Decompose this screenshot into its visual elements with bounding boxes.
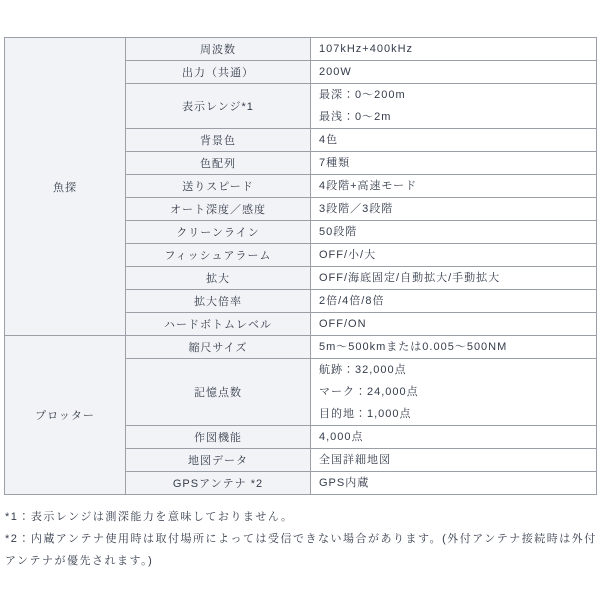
footnotes: *1：表示レンジは測深能力を意味しておりません。 *2：内蔵アンテナ使用時は取付…: [5, 506, 597, 572]
spec-value-line: 目的地：1,000点: [319, 403, 588, 425]
spec-value-line: 5m～500kmまたは0.005～500NM: [319, 336, 588, 358]
spec-value-line: 200W: [319, 61, 588, 83]
spec-value-line: 全国詳細地図: [319, 449, 588, 471]
spec-value-line: OFF/小/大: [319, 244, 588, 266]
spec-name-cell: フィッシュアラーム: [126, 244, 311, 267]
spec-value-cell: 航跡：32,000点マーク：24,000点目的地：1,000点: [311, 359, 597, 426]
spec-name-cell: 作図機能: [126, 426, 311, 449]
footnote-2: *2：内蔵アンテナ使用時は取付場所によっては受信できない場合があります。(外付ア…: [5, 528, 597, 572]
spec-value-cell: 7種類: [311, 152, 597, 175]
spec-value-cell: 5m～500kmまたは0.005～500NM: [311, 336, 597, 359]
spec-name-cell: 色配列: [126, 152, 311, 175]
spec-value-line: 50段階: [319, 221, 588, 243]
category-cell: 魚探: [5, 38, 126, 336]
spec-value-cell: OFF/海底固定/自動拡大/手動拡大: [311, 267, 597, 290]
spec-name-cell: 記憶点数: [126, 359, 311, 426]
spec-value-cell: 4色: [311, 129, 597, 152]
spec-value-cell: 4段階+高速モード: [311, 175, 597, 198]
spec-value-cell: 3段階／3段階: [311, 198, 597, 221]
table-row: プロッター縮尺サイズ5m～500kmまたは0.005～500NM: [5, 336, 597, 359]
spec-name-cell: 背景色: [126, 129, 311, 152]
spec-name-cell: 拡大: [126, 267, 311, 290]
spec-value-line: マーク：24,000点: [319, 381, 588, 403]
spec-value-line: 3段階／3段階: [319, 198, 588, 220]
spec-value-cell: 最深：0～200m最浅：0～2m: [311, 84, 597, 129]
spec-value-line: 4段階+高速モード: [319, 175, 588, 197]
spec-name-cell: 縮尺サイズ: [126, 336, 311, 359]
spec-value-cell: 107kHz+400kHz: [311, 38, 597, 61]
spec-name-cell: クリーンライン: [126, 221, 311, 244]
spec-value-line: GPS内蔵: [319, 472, 588, 494]
spec-name-cell: GPSアンテナ *2: [126, 472, 311, 495]
spec-value-line: 4,000点: [319, 426, 588, 448]
spec-value-line: 航跡：32,000点: [319, 359, 588, 381]
spec-value-cell: OFF/ON: [311, 313, 597, 336]
spec-value-cell: 200W: [311, 61, 597, 84]
spec-value-line: 最深：0～200m: [319, 84, 588, 106]
spec-value-cell: 2倍/4倍/8倍: [311, 290, 597, 313]
footnote-1: *1：表示レンジは測深能力を意味しておりません。: [5, 506, 597, 528]
spec-value-line: 107kHz+400kHz: [319, 38, 588, 60]
spec-name-cell: オート深度／感度: [126, 198, 311, 221]
spec-page: 魚探周波数107kHz+400kHz出力（共通）200W表示レンジ*1最深：0～…: [0, 0, 600, 600]
spec-table: 魚探周波数107kHz+400kHz出力（共通）200W表示レンジ*1最深：0～…: [4, 37, 597, 495]
category-cell: プロッター: [5, 336, 126, 495]
spec-name-cell: ハードボトムレベル: [126, 313, 311, 336]
spec-name-cell: 送りスピード: [126, 175, 311, 198]
spec-name-cell: 地図データ: [126, 449, 311, 472]
spec-value-line: 2倍/4倍/8倍: [319, 290, 588, 312]
spec-value-line: OFF/海底固定/自動拡大/手動拡大: [319, 267, 588, 289]
spec-value-cell: OFF/小/大: [311, 244, 597, 267]
spec-value-cell: 全国詳細地図: [311, 449, 597, 472]
spec-value-cell: 4,000点: [311, 426, 597, 449]
spec-name-cell: 出力（共通）: [126, 61, 311, 84]
spec-value-cell: GPS内蔵: [311, 472, 597, 495]
spec-name-cell: 表示レンジ*1: [126, 84, 311, 129]
table-row: 魚探周波数107kHz+400kHz: [5, 38, 597, 61]
spec-value-cell: 50段階: [311, 221, 597, 244]
spec-value-line: 7種類: [319, 152, 588, 174]
spec-value-line: 最浅：0～2m: [319, 106, 588, 128]
spec-name-cell: 周波数: [126, 38, 311, 61]
spec-value-line: 4色: [319, 129, 588, 151]
spec-name-cell: 拡大倍率: [126, 290, 311, 313]
spec-value-line: OFF/ON: [319, 313, 588, 335]
